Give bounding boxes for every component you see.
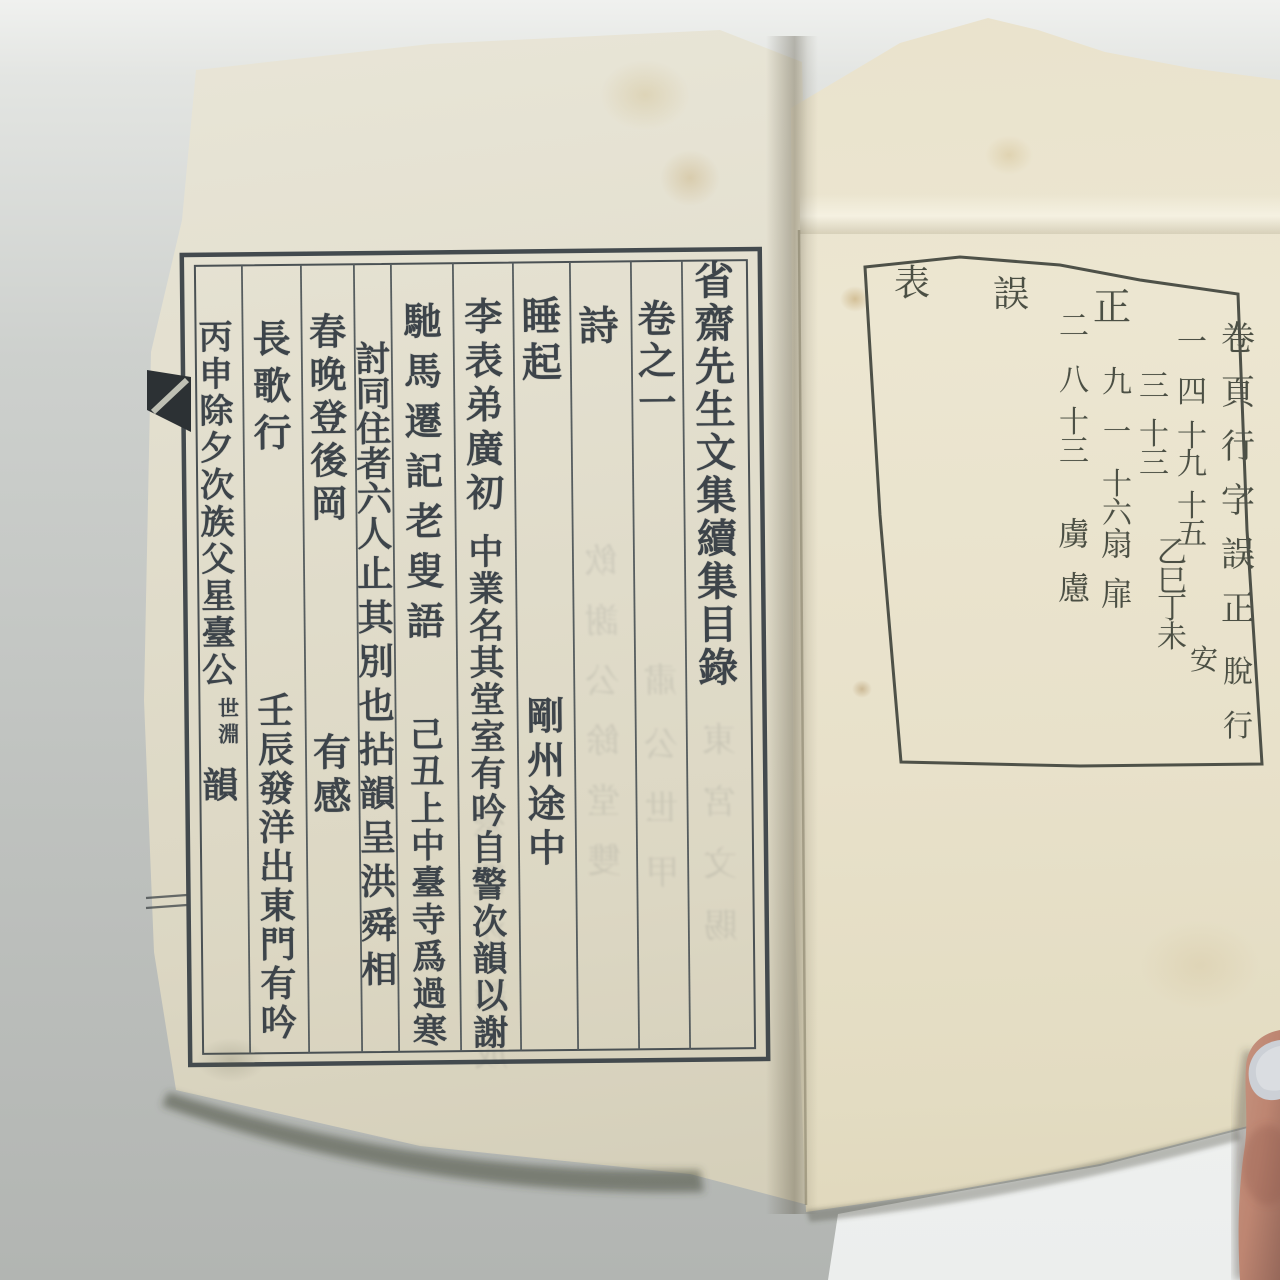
errata-entry-1: 一 [1177, 328, 1207, 358]
errata-text: 卷頁行字誤正脫行一四十九十五乙巳丁未安三十三九一十六扇扉二八十三虜慮正誤表 [0, 0, 1280, 1280]
errata-title-char: 誤 [993, 277, 1029, 313]
errata-entry-4: 三 [1059, 437, 1089, 467]
errata-header-column: 卷 [1221, 322, 1255, 356]
errata-entry-3: 一 [1103, 418, 1131, 446]
errata-entry-1b: 未 [1157, 623, 1187, 653]
errata-entry-4: 慮 [1058, 572, 1090, 604]
errata-header-column: 字 [1221, 484, 1255, 518]
errata-header-column: 誤 [1221, 538, 1255, 572]
errata-header-column: 頁 [1221, 376, 1255, 410]
errata-title-char: 表 [894, 266, 930, 302]
errata-header-column: 行 [1223, 712, 1253, 742]
errata-entry-4: 二 [1059, 312, 1089, 342]
errata-entry-2: 三 [1139, 449, 1169, 479]
book-photo-scene: 飲謝公餘堂雙東宮文賜肅公世甲臺觀次韻成 省齋先生文集續集目錄卷之一詩睡起剛州途中… [0, 0, 1280, 1280]
errata-entry-3: 九 [1102, 368, 1132, 398]
errata-entry-4: 八 [1059, 366, 1089, 396]
errata-header-column: 正 [1221, 592, 1255, 626]
errata-entry-3: 扇 [1101, 528, 1133, 560]
errata-title-char: 正 [1093, 288, 1131, 326]
errata-header-column: 行 [1221, 430, 1255, 464]
errata-entry-4: 虜 [1058, 518, 1090, 550]
errata-entry-1: 四 [1177, 378, 1207, 408]
errata-entry-3: 扉 [1101, 578, 1133, 610]
errata-entry-2: 三 [1139, 372, 1169, 402]
errata-entry-1c: 安 [1190, 646, 1218, 674]
errata-entry-1: 九 [1177, 450, 1207, 480]
errata-header-column: 脫 [1223, 658, 1253, 688]
